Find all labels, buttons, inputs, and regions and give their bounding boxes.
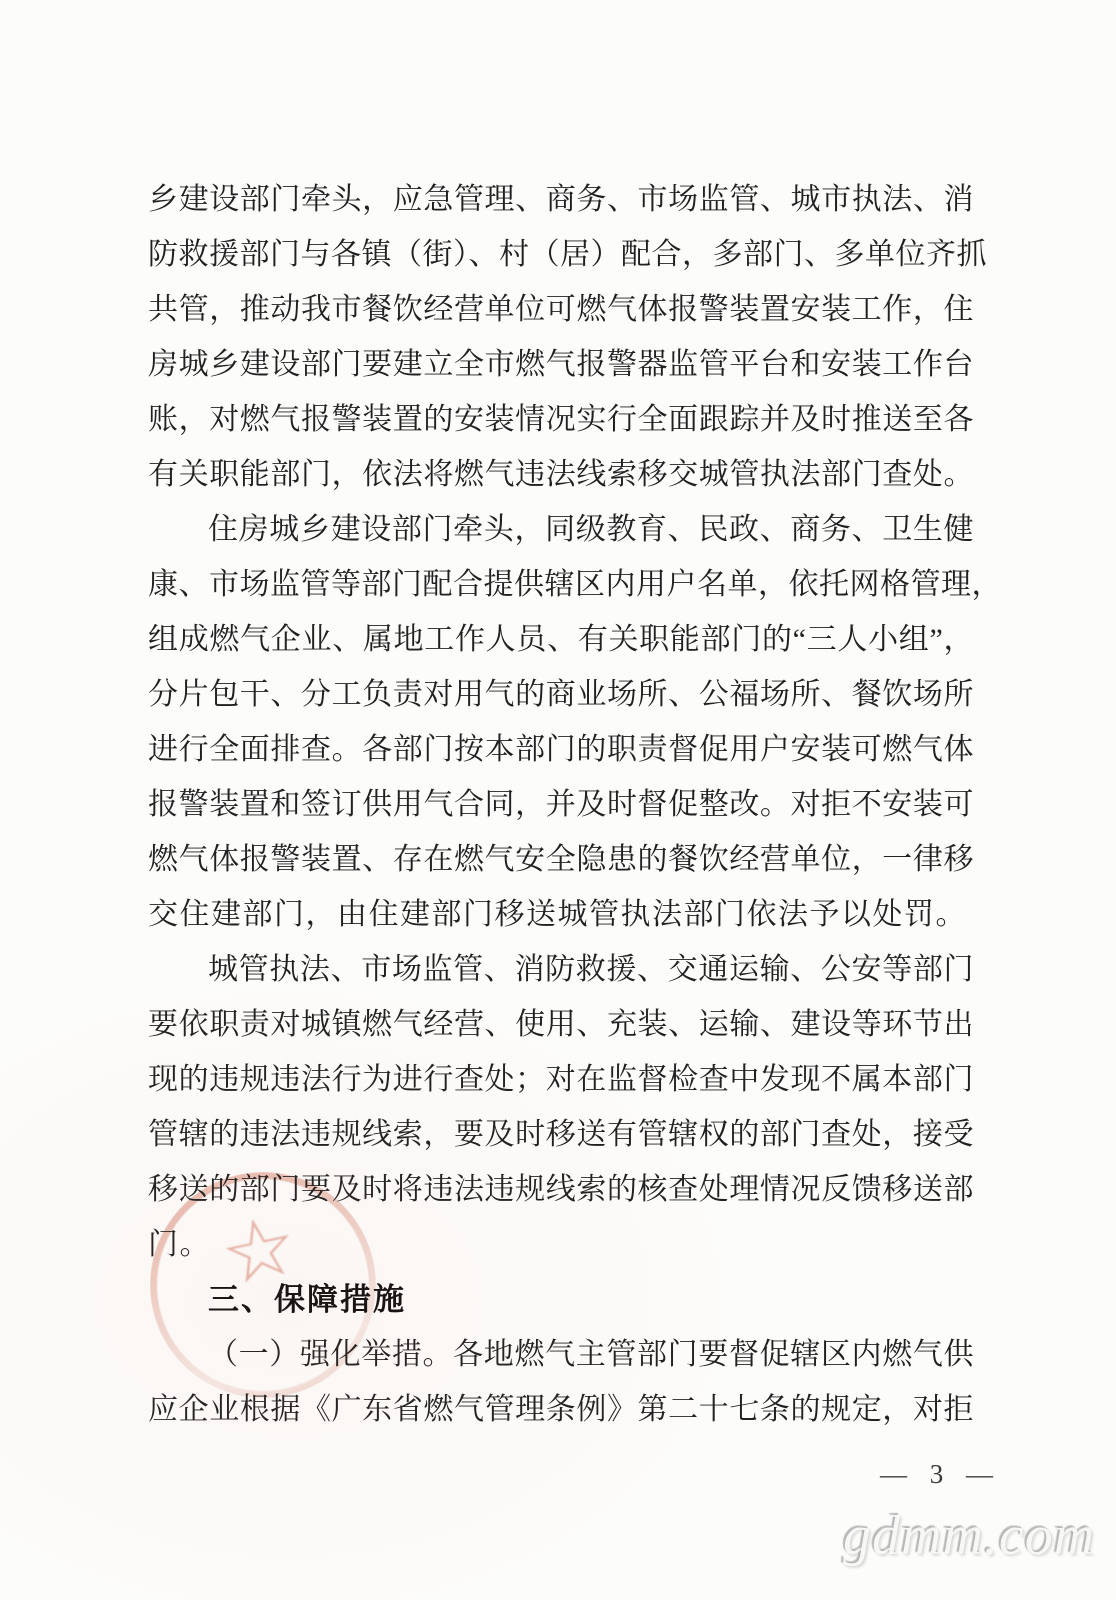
text-line: 移送的部门要及时将违法违规线索的核查处理情况反馈移送部	[148, 1162, 974, 1217]
text-line: 账，对燃气报警装置的安装情况实行全面跟踪并及时推送至各	[148, 392, 974, 447]
text-line: 报警装置和签订供用气合同，并及时督促整改。对拒不安装可	[148, 777, 974, 832]
text-line: 防救援部门与各镇（街）、村（居）配合，多部门、多单位齐抓	[148, 227, 974, 282]
text-line: 应企业根据《广东省燃气管理条例》第二十七条的规定，对拒	[148, 1382, 974, 1437]
document-page: ☆ 乡建设部门牵头，应急管理、商务、市场监管、城市执法、消防救援部门与各镇（街）…	[0, 0, 1116, 1600]
text-line: 共管，推动我市餐饮经营单位可燃气体报警装置安装工作，住	[148, 282, 974, 337]
text-line: 有关职能部门，依法将燃气违法线索移交城管执法部门查处。	[148, 447, 974, 502]
text-line: 组成燃气企业、属地工作人员、有关职能部门的“三人小组”，	[148, 612, 974, 667]
text-line: 房城乡建设部门要建立全市燃气报警器监管平台和安装工作台	[148, 337, 974, 392]
text-line: 进行全面排查。各部门按本部门的职责督促用户安装可燃气体	[148, 722, 974, 777]
section-heading: 三、保障措施	[148, 1272, 974, 1327]
text-line: 管辖的违法违规线索，要及时移送有管辖权的部门查处，接受	[148, 1107, 974, 1162]
text-line: 要依职责对城镇燃气经营、使用、充装、运输、建设等环节出	[148, 997, 974, 1052]
text-line: 乡建设部门牵头，应急管理、商务、市场监管、城市执法、消	[148, 172, 974, 227]
text-line: 交住建部门，由住建部门移送城管执法部门依法予以处罚。	[148, 887, 974, 942]
text-line: 门。	[148, 1217, 974, 1272]
text-line: 住房城乡建设部门牵头，同级教育、民政、商务、卫生健	[148, 502, 974, 557]
text-line: 康、市场监管等部门配合提供辖区内用户名单，依托网格管理，	[148, 557, 974, 612]
text-line: 分片包干、分工负责对用气的商业场所、公福场所、餐饮场所	[148, 667, 974, 722]
text-line: 燃气体报警装置、存在燃气安全隐患的餐饮经营单位，一律移	[148, 832, 974, 887]
page-number: — 3 —	[880, 1459, 1001, 1490]
watermark: gdmm.com	[843, 1504, 1095, 1568]
text-line: 城管执法、市场监管、消防救援、交通运输、公安等部门	[148, 942, 974, 997]
text-line: （一）强化举措。各地燃气主管部门要督促辖区内燃气供	[148, 1327, 974, 1382]
text-block: 乡建设部门牵头，应急管理、商务、市场监管、城市执法、消防救援部门与各镇（街）、村…	[148, 172, 974, 1437]
text-line: 现的违规违法行为进行查处；对在监督检查中发现不属本部门	[148, 1052, 974, 1107]
